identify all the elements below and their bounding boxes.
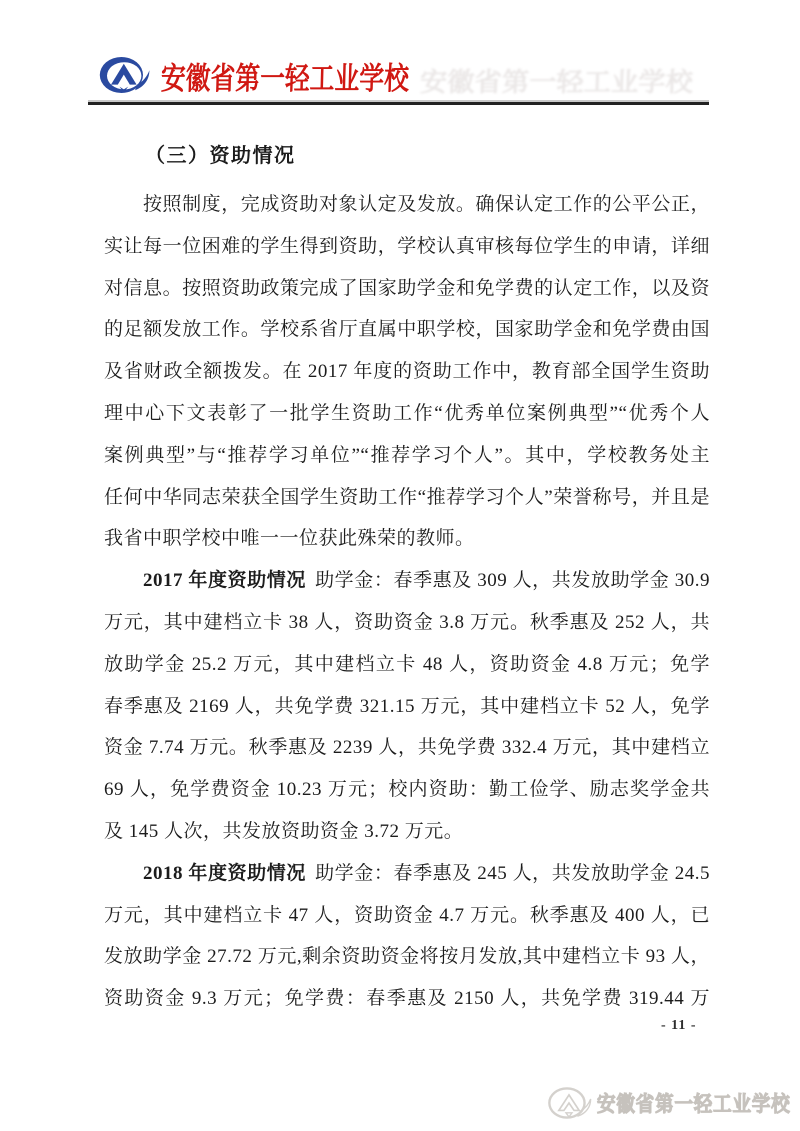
text-line: 发放助学金 27.72 万元,剩余资助资金将按月发放,其中建档立卡 93 人，: [104, 936, 710, 978]
text-line: 万元，其中建档立卡 38 人，资助资金 3.8 万元。秋季惠及 252 人，共发: [104, 602, 710, 644]
school-name-title: 安徽省第一轻工业学校: [160, 53, 409, 98]
school-name-ghost-print: 安徽省第一轻工业学校: [419, 62, 693, 99]
school-logo-icon: [99, 53, 151, 97]
text-line: 我省中职学校中唯一一位获此殊荣的教师。: [104, 518, 710, 560]
watermark-logo-icon: [548, 1085, 592, 1121]
text-line: 2017 年度资助情况助学金：春季惠及 309 人，共发放助学金 30.9: [104, 560, 710, 602]
text-line: 资金 7.74 万元。秋季惠及 2239 人，共免学费 332.4 万元，其中建…: [104, 727, 710, 769]
header-rule: [88, 102, 709, 105]
text-line: 实让每一位困难的学生得到资助，学校认真审核每位学生的申请，详细核: [104, 226, 710, 268]
text-line: 案例典型”与“推荐学习单位”“推荐学习个人”。其中，学校教务处主: [104, 435, 710, 477]
section-heading: （三）资助情况: [145, 139, 296, 168]
body-text-column: 按照制度，完成资助对象认定及发放。确保认定工作的公平公正，切 实让每一位困难的学…: [104, 184, 710, 1020]
footer-watermark: 安徽省第一轻工业学校: [548, 1085, 800, 1121]
text-line: 2018 年度资助情况助学金：春季惠及 245 人，共发放助学金 24.5: [104, 853, 710, 895]
text-line: 对信息。按照资助政策完成了国家助学金和免学费的认定工作，以及资金: [104, 268, 710, 310]
text-run: 助学金：春季惠及 245 人，共发放助学金 24.5: [315, 863, 710, 884]
text-line: 69 人，免学费资金 10.23 万元；校内资助：勤工俭学、励志奖学金共惠: [104, 769, 710, 811]
text-line: 春季惠及 2169 人，共免学费 321.15 万元，其中建档立卡 52 人，免…: [104, 686, 710, 728]
text-line: 及省财政全额拨发。在 2017 年度的资助工作中，教育部全国学生资助管: [104, 351, 710, 393]
text-line: 资助资金 9.3 万元；免学费：春季惠及 2150 人，共免学费 319.44 …: [104, 978, 710, 1020]
text-line: 的足额发放工作。学校系省厅直属中职学校，国家助学金和免学费由国家: [104, 309, 710, 351]
watermark-school-name: 安徽省第一轻工业学校: [597, 1088, 791, 1118]
text-line: 放助学金 25.2 万元，其中建档立卡 48 人，资助资金 4.8 万元；免学费…: [104, 644, 710, 686]
text-run: 助学金：春季惠及 309 人，共发放助学金 30.9: [315, 570, 710, 591]
page-number: - 11 -: [661, 1018, 697, 1034]
document-page: 安徽省第一轻工业学校 安徽省第一轻工业学校 （三）资助情况 按照制度，完成资助对…: [0, 0, 800, 1131]
text-line: 及 145 人次，共发放资助资金 3.72 万元。: [104, 811, 710, 853]
text-line: 万元，其中建档立卡 47 人，资助资金 4.7 万元。秋季惠及 400 人，已经: [104, 895, 710, 937]
text-line: 理中心下文表彰了一批学生资助工作“优秀单位案例典型”“优秀个人: [104, 393, 710, 435]
subheading-2018: 2018 年度资助情况: [143, 863, 306, 884]
text-line: 按照制度，完成资助对象认定及发放。确保认定工作的公平公正，切: [104, 184, 710, 226]
subheading-2017: 2017 年度资助情况: [143, 570, 306, 591]
text-line: 任何中华同志荣获全国学生资助工作“推荐学习个人”荣誉称号，并且是: [104, 477, 710, 519]
